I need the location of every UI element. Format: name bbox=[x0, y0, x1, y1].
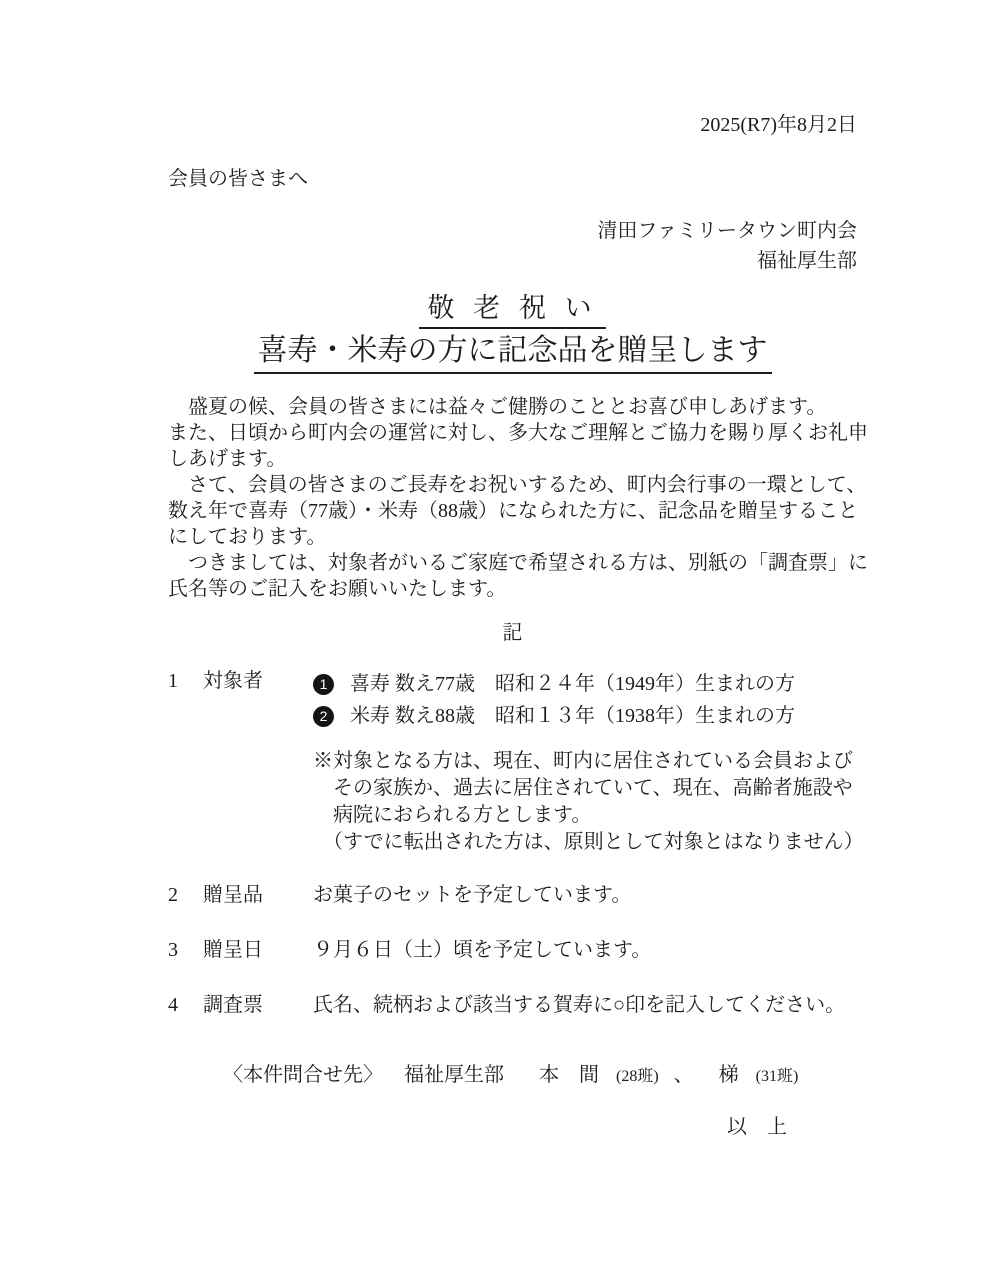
eligibility-note: ※対象となる方は、現在、町内に居住されている会員および その家族か、過去に居住さ… bbox=[313, 748, 864, 856]
item-recipients: 1 対象者 1 喜寿 数え77歳 昭和２４年（1949年）生まれの方 2 米寿 … bbox=[168, 668, 857, 856]
closing-mark: 以 上 bbox=[168, 1114, 857, 1140]
target-text: 喜寿 数え77歳 昭和２４年（1949年）生まれの方 bbox=[350, 668, 795, 700]
body-line: しあげます。 bbox=[168, 446, 857, 472]
item-label: 贈呈日 bbox=[203, 937, 313, 963]
contact-line: 〈本件問合せ先〉 福祉厚生部 本 間 (28班) 、 梯 (31班) bbox=[168, 1062, 857, 1090]
body-line: 盛夏の候、会員の皆さまには益々ご健勝のこととお喜び申しあげます。 bbox=[168, 394, 857, 420]
item-number: 4 bbox=[168, 992, 203, 1018]
note-line: その家族か、過去に居住されていて、現在、高齢者施設や bbox=[313, 775, 864, 802]
addressee-line: 会員の皆さまへ bbox=[168, 166, 857, 192]
target-row-kiju: 1 喜寿 数え77歳 昭和２４年（1949年）生まれの方 bbox=[313, 668, 864, 700]
body-line: つきましては、対象者がいるご家庭で希望される方は、別紙の「調査票」に bbox=[168, 550, 857, 576]
contact-person-1-group: (28班) bbox=[616, 1068, 659, 1085]
item-text: ９月６日（土）頃を予定しています。 bbox=[313, 937, 857, 963]
contact-person-2-group: (31班) bbox=[756, 1068, 799, 1085]
document-content: 2025(R7)年8月2日 会員の皆さまへ 清田ファミリータウン町内会 福祉厚生… bbox=[168, 0, 857, 1140]
contact-person-1: 本 間 bbox=[539, 1064, 599, 1086]
body-line: さて、会員の皆さまのご長寿をお祝いするため、町内会行事の一環として、 bbox=[168, 472, 857, 498]
item-gift: 2 贈呈品 お菓子のセットを予定しています。 bbox=[168, 882, 857, 908]
body-line: にしております。 bbox=[168, 524, 857, 550]
document-date: 2025(R7)年8月2日 bbox=[168, 0, 857, 138]
note-line: （すでに転出された方は、原則として対象とはなりません） bbox=[313, 829, 864, 856]
item-number: 1 bbox=[168, 668, 203, 694]
item-gift-date: 3 贈呈日 ９月６日（土）頃を予定しています。 bbox=[168, 937, 857, 963]
body-paragraphs: 盛夏の候、会員の皆さまには益々ご健勝のこととお喜び申しあげます。 また、日頃から… bbox=[168, 394, 857, 602]
item-recipients-content: 1 喜寿 数え77歳 昭和２４年（1949年）生まれの方 2 米寿 数え88歳 … bbox=[313, 668, 864, 856]
title-line-2: 喜寿・米寿の方に記念品を贈呈します bbox=[254, 333, 772, 374]
sender-block: 清田ファミリータウン町内会 福祉厚生部 bbox=[168, 216, 857, 276]
item-text: 氏名、続柄および該当する賀寿に○印を記入してください。 bbox=[313, 992, 857, 1018]
circled-2-icon: 2 bbox=[313, 706, 334, 727]
document-page: 2025(R7)年8月2日 会員の皆さまへ 清田ファミリータウン町内会 福祉厚生… bbox=[0, 0, 989, 1280]
target-text: 米寿 数え88歳 昭和１３年（1938年）生まれの方 bbox=[350, 700, 795, 732]
title-line-1: 敬 老 祝 い bbox=[419, 292, 605, 329]
contact-label: 〈本件問合せ先〉 bbox=[223, 1064, 383, 1086]
document-title: 敬 老 祝 い 喜寿・米寿の方に記念品を贈呈します bbox=[168, 292, 857, 374]
note-line: ※対象となる方は、現在、町内に居住されている会員および bbox=[313, 748, 864, 775]
body-line: 氏名等のご記入をお願いいたします。 bbox=[168, 576, 857, 602]
item-number: 3 bbox=[168, 937, 203, 963]
contact-department: 福祉厚生部 bbox=[404, 1064, 504, 1086]
item-label: 贈呈品 bbox=[203, 882, 313, 908]
contact-person-2: 梯 bbox=[719, 1064, 739, 1086]
note-line: 病院におられる方とします。 bbox=[313, 802, 864, 829]
body-line: また、日頃から町内会の運営に対し、多大なご理解とご協力を賜り厚くお礼申 bbox=[168, 420, 857, 446]
item-survey-form: 4 調査票 氏名、続柄および該当する賀寿に○印を記入してください。 bbox=[168, 992, 857, 1018]
item-number: 2 bbox=[168, 882, 203, 908]
sender-department: 福祉厚生部 bbox=[168, 246, 857, 276]
item-label: 対象者 bbox=[203, 668, 313, 694]
body-line: 数え年で喜寿（77歳）・米寿（88歳）になられた方に、記念品を贈呈すること bbox=[168, 498, 857, 524]
circled-1-icon: 1 bbox=[313, 674, 334, 695]
item-label: 調査票 bbox=[203, 992, 313, 1018]
contact-separator: 、 bbox=[674, 1064, 694, 1086]
item-text: お菓子のセットを予定しています。 bbox=[313, 882, 857, 908]
record-mark: 記 bbox=[168, 620, 857, 646]
sender-organization: 清田ファミリータウン町内会 bbox=[168, 216, 857, 246]
target-row-beiju: 2 米寿 数え88歳 昭和１３年（1938年）生まれの方 bbox=[313, 700, 864, 732]
